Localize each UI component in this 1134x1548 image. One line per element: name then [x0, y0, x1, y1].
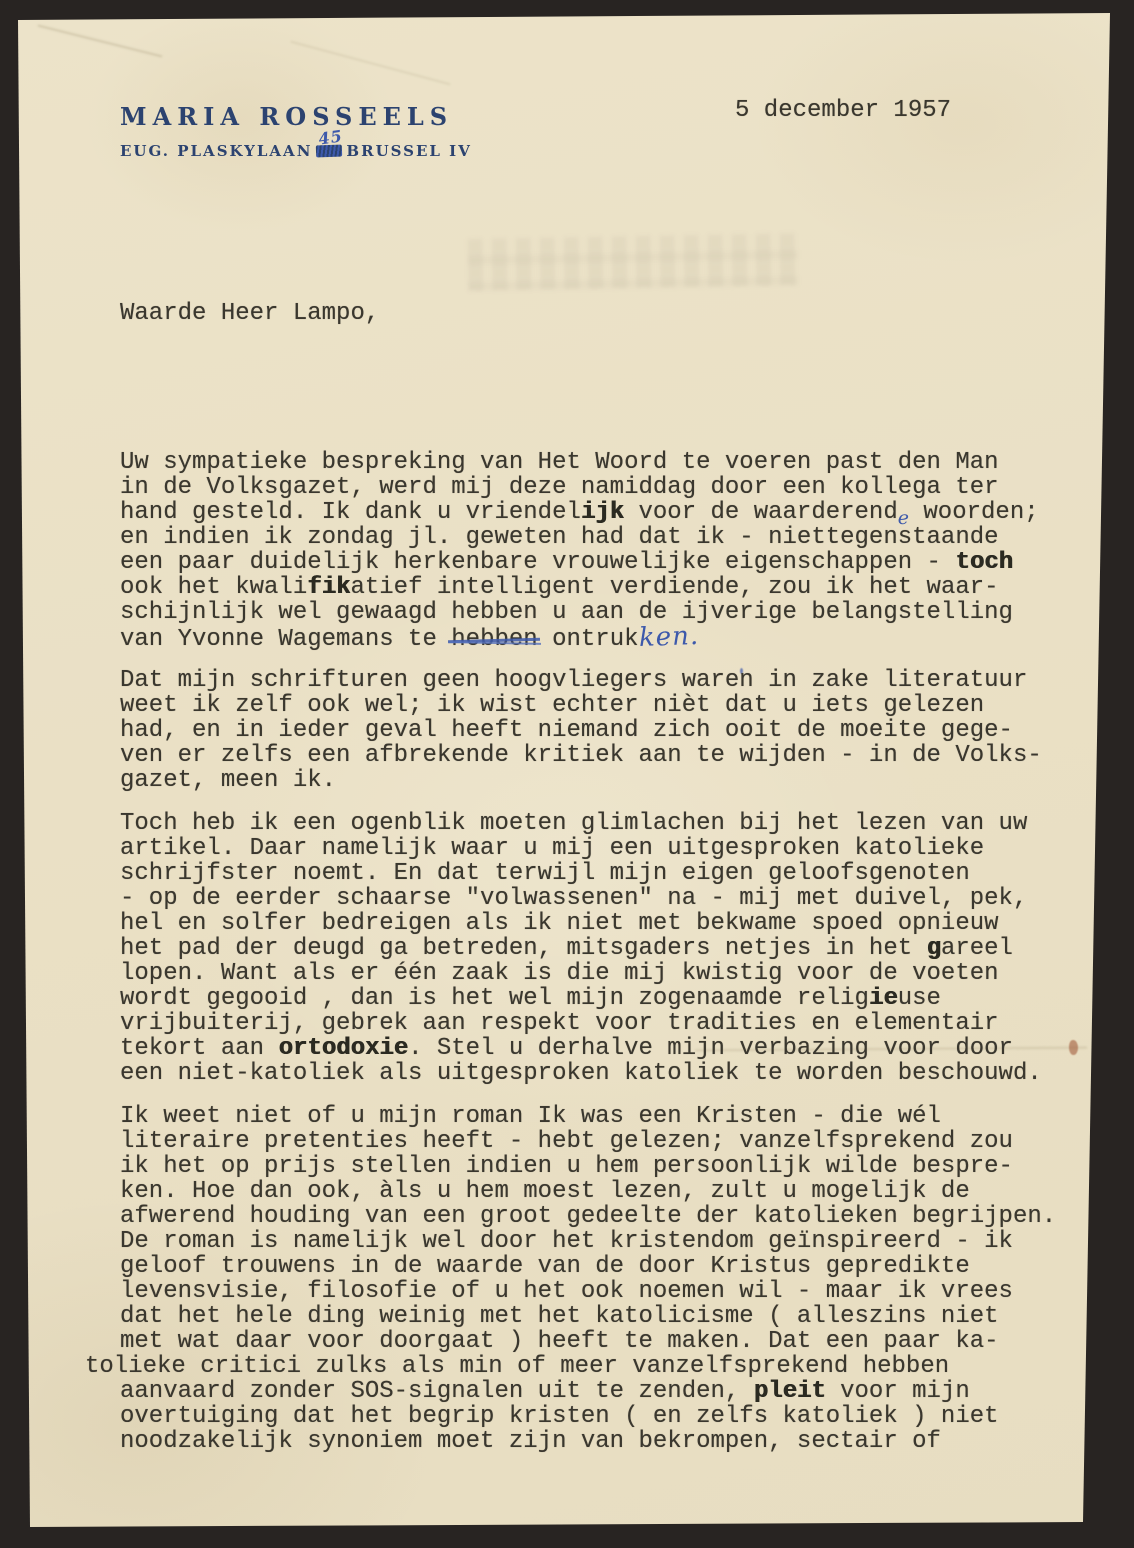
body-line: in de Volksgazet, werd mij deze namiddag… — [120, 475, 1056, 500]
body-line: Uw sympatieke bespreking van Het Woord t… — [120, 450, 1056, 475]
overstruck-text: g — [927, 935, 941, 962]
typewritten-text: ontruk — [538, 626, 639, 653]
typewritten-text: voor de waarderend — [624, 499, 898, 526]
body-line: geloof trouwens in de waarde van de door… — [120, 1254, 1056, 1279]
overstruck-text: ortodoxie — [278, 1035, 408, 1062]
struck-word: hebben — [451, 627, 537, 652]
typewritten-text: ken. Hoe dan ook, àls u hem moest lezen,… — [120, 1178, 970, 1205]
letterhead-address-city: BRUSSEL IV — [346, 142, 471, 160]
typewritten-text: het pad der deugd ga betreden, mitsgader… — [120, 935, 927, 962]
letter-date: 5 december 1957 — [735, 97, 951, 124]
handwritten-correction: ken. — [638, 624, 699, 651]
body-line: overtuiging dat het begrip kristen ( en … — [120, 1404, 1056, 1429]
typewritten-text: overtuiging dat het begrip kristen ( en … — [120, 1403, 999, 1430]
typewritten-text: - op de eerder schaarse "volwassenen" na… — [120, 885, 1027, 912]
paragraph: Uw sympatieke bespreking van Het Woord t… — [120, 450, 1056, 650]
body-line: schrijfster noemt. En dat terwijl mijn e… — [120, 861, 1056, 886]
paper-crease — [38, 25, 163, 58]
typewritten-text: een paar duidelijk herkenbare vrouwelijk… — [120, 549, 955, 576]
body-line: lopen. Want als er één zaak is die mij k… — [120, 961, 1056, 986]
body-line: aanvaard zonder SOS-signalen uit te zend… — [120, 1379, 1056, 1404]
typewritten-text: ven er zelfs een afbrekende kritiek aan … — [120, 742, 1042, 769]
body-line: afwerend houding van een groot gedeelte … — [120, 1204, 1056, 1229]
body-line: wordt gegooid , dan is het wel mijn zoge… — [120, 986, 1056, 1011]
body-line: het pad der deugd ga betreden, mitsgader… — [120, 936, 1056, 961]
typewritten-text: tolieke critici zulks als min of meer va… — [85, 1353, 949, 1380]
typewritten-text: artikel. Daar namelijk waar u mij een ui… — [120, 835, 984, 862]
body-line: een niet-katoliek als uitgesproken katol… — [120, 1061, 1056, 1086]
salutation: Waarde Heer Lampo, — [120, 300, 379, 327]
body-line: hand gesteld. Ik dank u vriendelijk voor… — [120, 500, 1056, 525]
overstruck-text: toch — [955, 549, 1013, 576]
body-line: weet ik zelf ook wel; ik wist echter niè… — [120, 693, 1056, 718]
typewritten-text: lopen. Want als er één zaak is die mij k… — [120, 960, 999, 987]
typewritten-text: tekort aan — [120, 1035, 278, 1062]
typewritten-text: literaire pretenties heeft - hebt geleze… — [120, 1128, 1013, 1155]
letter-body: Uw sympatieke bespreking van Het Woord t… — [120, 450, 1056, 1472]
typewritten-text: Toch heb ik een ogenblik moeten glimlach… — [120, 810, 1027, 837]
typewritten-text: schrijfster noemt. En dat terwijl mijn e… — [120, 860, 970, 887]
body-line: tolieke critici zulks als min of meer va… — [85, 1354, 1056, 1379]
struck-number-scribble: 45 — [316, 145, 342, 158]
typewritten-text: en indien ik zondag jl. geweten had dat … — [120, 524, 999, 551]
body-line: literaire pretenties heeft - hebt geleze… — [120, 1129, 1056, 1154]
paragraph: Ik weet niet of u mijn roman Ik was een … — [120, 1104, 1056, 1454]
typewritten-text: ik het op prijs stellen indien u hem per… — [120, 1153, 1013, 1180]
typewritten-text: met wat daar voor doorgaat ) heeft te ma… — [120, 1328, 999, 1355]
typewritten-text: De roman is namelijk wel door het kriste… — [120, 1228, 1013, 1255]
typewritten-text: afwerend houding van een groot gedeelte … — [120, 1203, 1056, 1230]
typewritten-text: weet ik zelf ook wel; ik wist echter niè… — [120, 692, 984, 719]
paragraph: Toch heb ik een ogenblik moeten glimlach… — [120, 811, 1056, 1086]
body-line: van Yvonne Wagemans te hebben ontrukken. — [120, 625, 1056, 650]
typewritten-text: een niet-katoliek als uitgesproken katol… — [120, 1060, 1042, 1087]
body-line: gazet, meen ik. — [120, 768, 1056, 793]
typewritten-text: gazet, meen ik. — [120, 767, 336, 794]
typewritten-text: Dat mijn schrifturen geen hoogvliegers w… — [120, 667, 1027, 694]
body-line: Toch heb ik een ogenblik moeten glimlach… — [120, 811, 1056, 836]
body-line: artikel. Daar namelijk waar u mij een ui… — [120, 836, 1056, 861]
letterhead-address-street: EUG. PLASKYLAAN — [120, 142, 312, 160]
typewritten-text: geloof trouwens in de waarde van de door… — [120, 1253, 970, 1280]
body-line: ook het kwalifikatief intelligent verdie… — [120, 575, 1056, 600]
typewritten-text: had, en in ieder geval heeft niemand zic… — [120, 717, 1013, 744]
body-line: tekort aan ortodoxie. Stel u derhalve mi… — [120, 1036, 1056, 1061]
body-line: hel en solfer bedreigen als ik niet met … — [120, 911, 1056, 936]
body-line: levensvisie, filosofie of u het ook noem… — [120, 1279, 1056, 1304]
body-line: De roman is namelijk wel door het kriste… — [120, 1229, 1056, 1254]
typewritten-text: ook het kwali — [120, 574, 307, 601]
typewritten-text: use — [898, 985, 941, 1012]
typewritten-text: wordt gegooid , dan is het wel mijn zoge… — [120, 985, 869, 1012]
overstruck-text: ie — [869, 985, 898, 1012]
body-line: vrijbuiterij, gebrek aan respekt voor tr… — [120, 1011, 1056, 1036]
body-line: - op de eerder schaarse "volwassenen" na… — [120, 886, 1056, 911]
typewritten-text: hand gesteld. Ik dank u vriendel — [120, 499, 581, 526]
paper-crease — [291, 41, 451, 85]
body-line: schijnlijk wel gewaagd hebben u aan de i… — [120, 600, 1056, 625]
typewritten-text: in de Volksgazet, werd mij deze namiddag… — [120, 474, 999, 501]
overstruck-text: ijk — [581, 499, 624, 526]
typewritten-text: Ik weet niet of u mijn roman Ik was een … — [120, 1103, 941, 1130]
body-line: ven er zelfs een afbrekende kritiek aan … — [120, 743, 1056, 768]
typewritten-text: hel en solfer bedreigen als ik niet met … — [120, 910, 999, 937]
body-line: ken. Hoe dan ook, àls u hem moest lezen,… — [120, 1179, 1056, 1204]
body-line: en indien ik zondag jl. geweten had dat … — [120, 525, 1056, 550]
ink-transfer-ghost — [468, 233, 799, 291]
typewritten-text: vrijbuiterij, gebrek aan respekt voor tr… — [120, 1010, 999, 1037]
body-line: Ik weet niet of u mijn roman Ik was een … — [120, 1104, 1056, 1129]
body-line: dat het hele ding weinig met het katolic… — [120, 1304, 1056, 1329]
paper-tear-mark — [1069, 1040, 1078, 1055]
body-line: noodzakelijk synoniem moet zijn van bekr… — [120, 1429, 1056, 1454]
overstruck-text: pleit — [754, 1378, 826, 1405]
typewritten-text: van Yvonne Wagemans te — [120, 626, 451, 653]
body-line: had, en in ieder geval heeft niemand zic… — [120, 718, 1056, 743]
overstruck-text: fik — [307, 574, 350, 601]
letterhead-address: EUG. PLASKYLAAN45BRUSSEL IV — [120, 142, 472, 160]
body-line: met wat daar voor doorgaat ) heeft te ma… — [120, 1329, 1056, 1354]
body-line: ik het op prijs stellen indien u hem per… — [120, 1154, 1056, 1179]
body-line: een paar duidelijk herkenbare vrouwelijk… — [120, 550, 1056, 575]
typewritten-text: . Stel u derhalve mijn verbazing voor do… — [408, 1035, 1013, 1062]
handwritten-house-number: 45 — [318, 126, 345, 148]
letterhead-name: MARIA ROSSEELS — [120, 102, 453, 131]
typewritten-text: Uw sympatieke bespreking van Het Woord t… — [120, 449, 999, 476]
letter-paper: MARIA ROSSEELS EUG. PLASKYLAAN45BRUSSEL … — [0, 0, 1134, 1548]
typewritten-text: noodzakelijk synoniem moet zijn van bekr… — [120, 1428, 941, 1455]
typewritten-text: levensvisie, filosofie of u het ook noem… — [120, 1278, 1013, 1305]
typewritten-text: woorden; — [909, 499, 1039, 526]
typewritten-text: voor mijn — [826, 1378, 970, 1405]
typewritten-text: dat het hele ding weinig met het katolic… — [120, 1303, 999, 1330]
typewritten-text: areel — [941, 935, 1013, 962]
typewritten-text: atief intelligent verdiende, zou ik het … — [350, 574, 998, 601]
typewritten-text: aanvaard zonder SOS-signalen uit te zend… — [120, 1378, 754, 1405]
paragraph: Dat mijn schrifturen geen hoogvliegers w… — [120, 668, 1056, 793]
body-line: Dat mijn schrifturen geen hoogvliegers w… — [120, 668, 1056, 693]
typewritten-text: schijnlijk wel gewaagd hebben u aan de i… — [120, 599, 1013, 626]
